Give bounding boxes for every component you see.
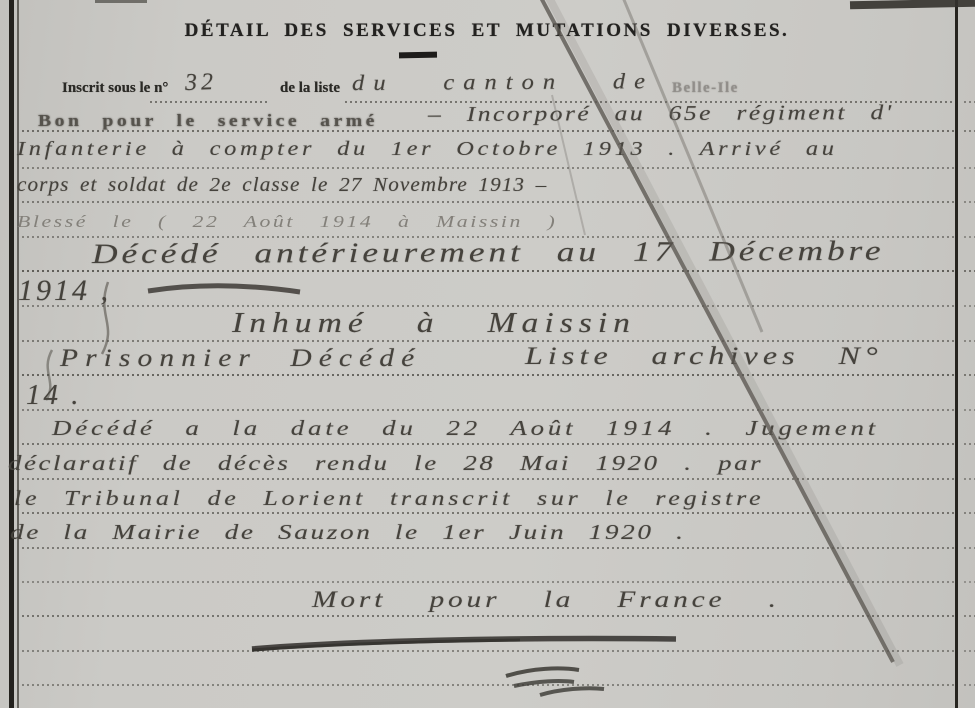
handwritten-entry: de la Mairie de Sauzon le 1er Juin 1920 …: [10, 520, 685, 545]
dotted-rule: [22, 201, 956, 203]
handwritten-entry: Prisonnier Décédé: [60, 345, 421, 373]
dotted-rule: [964, 305, 975, 307]
handwritten-entry: déclaratif de décès rendu le 28 Mai 1920…: [8, 451, 763, 476]
left-margin-rule-outer: [9, 0, 14, 708]
dotted-rule: [22, 547, 956, 549]
dotted-rule: [22, 340, 956, 342]
handwritten-entry: corps et soldat de 2e classe le 27 Novem…: [17, 174, 547, 197]
page-title: DÉTAIL DES SERVICES ET MUTATIONS DIVERSE…: [185, 20, 790, 42]
handwritten-entry: Inhumé à Maissin: [232, 308, 636, 340]
dotted-rule: [964, 650, 975, 652]
dotted-rule: [964, 684, 975, 686]
diagonal-pen-stroke-secondary: [622, 0, 762, 332]
dotted-rule: [22, 443, 956, 445]
dotted-rule: [22, 305, 956, 307]
dotted-rule: [964, 201, 975, 203]
ink-dash-after-1914: [148, 286, 300, 292]
dotted-rule: [964, 547, 975, 549]
dotted-rule: [22, 512, 956, 514]
inscrit-number-label: Inscrit sous le n°: [62, 80, 168, 97]
handwritten-entry: 14 .: [26, 379, 82, 412]
bottom-scribble: [540, 688, 604, 695]
dotted-rule: [964, 443, 975, 445]
document-page: DÉTAIL DES SERVICES ET MUTATIONS DIVERSE…: [0, 0, 975, 708]
dotted-rule: [964, 512, 975, 514]
dotted-rule: [22, 167, 956, 169]
dotted-rule: [964, 409, 975, 411]
bottom-scribble: [506, 668, 579, 676]
dotted-rule: [22, 374, 956, 376]
canton-handwritten-value: du canton de: [352, 68, 654, 96]
dotted-rule: [22, 684, 956, 686]
top-left-ink-streak: [95, 0, 147, 3]
dotted-rule: [150, 101, 268, 103]
handwritten-entry: Décédé antérieurement au 17 Décembre: [92, 236, 885, 271]
dotted-rule: [964, 270, 975, 272]
dotted-rule: [22, 650, 956, 652]
canton-stamp: Belle-Ile: [672, 80, 739, 97]
service-arme-stamp: Bon pour le service armé: [38, 111, 378, 131]
handwritten-entry: le Tribunal de Lorient transcrit sur le …: [14, 486, 764, 511]
handwritten-entry: 1914 ,: [18, 274, 111, 308]
dotted-rule: [964, 130, 975, 132]
dotted-rule: [964, 236, 975, 238]
dotted-rule: [964, 340, 975, 342]
dotted-rule: [964, 615, 975, 617]
dotted-rule: [964, 581, 975, 583]
mort-underline-stroke-b: [252, 640, 520, 650]
dotted-rule: [22, 581, 956, 583]
handwritten-entry: Infanterie à compter du 1er Octobre 1913…: [17, 138, 838, 161]
dotted-rule: [22, 478, 956, 480]
handwritten-entry: Liste archives N°: [525, 343, 883, 371]
dotted-rule: [964, 167, 975, 169]
inscrit-number-value: 32: [185, 69, 218, 97]
mort-pour-la-france-entry: Mort pour la France .: [312, 587, 780, 613]
left-margin-rule-inner: [17, 0, 19, 708]
handwritten-entry: Décédé a la date du 22 Août 1914 . Jugem…: [52, 416, 879, 441]
title-underline-dash: [399, 52, 437, 59]
dotted-rule: [22, 409, 956, 411]
handwritten-entry-pencil: Blessé le ( 22 Août 1914 à Maissin ): [17, 212, 557, 232]
dotted-rule: [22, 615, 956, 617]
dotted-rule: [964, 101, 975, 103]
dotted-rule: [964, 374, 975, 376]
mort-underline-stroke: [252, 638, 676, 649]
right-margin-rule: [955, 0, 958, 708]
liste-label: de la liste: [280, 80, 340, 97]
handwritten-entry: – Incorporé au 65e régiment d': [428, 100, 894, 127]
dotted-rule: [964, 478, 975, 480]
